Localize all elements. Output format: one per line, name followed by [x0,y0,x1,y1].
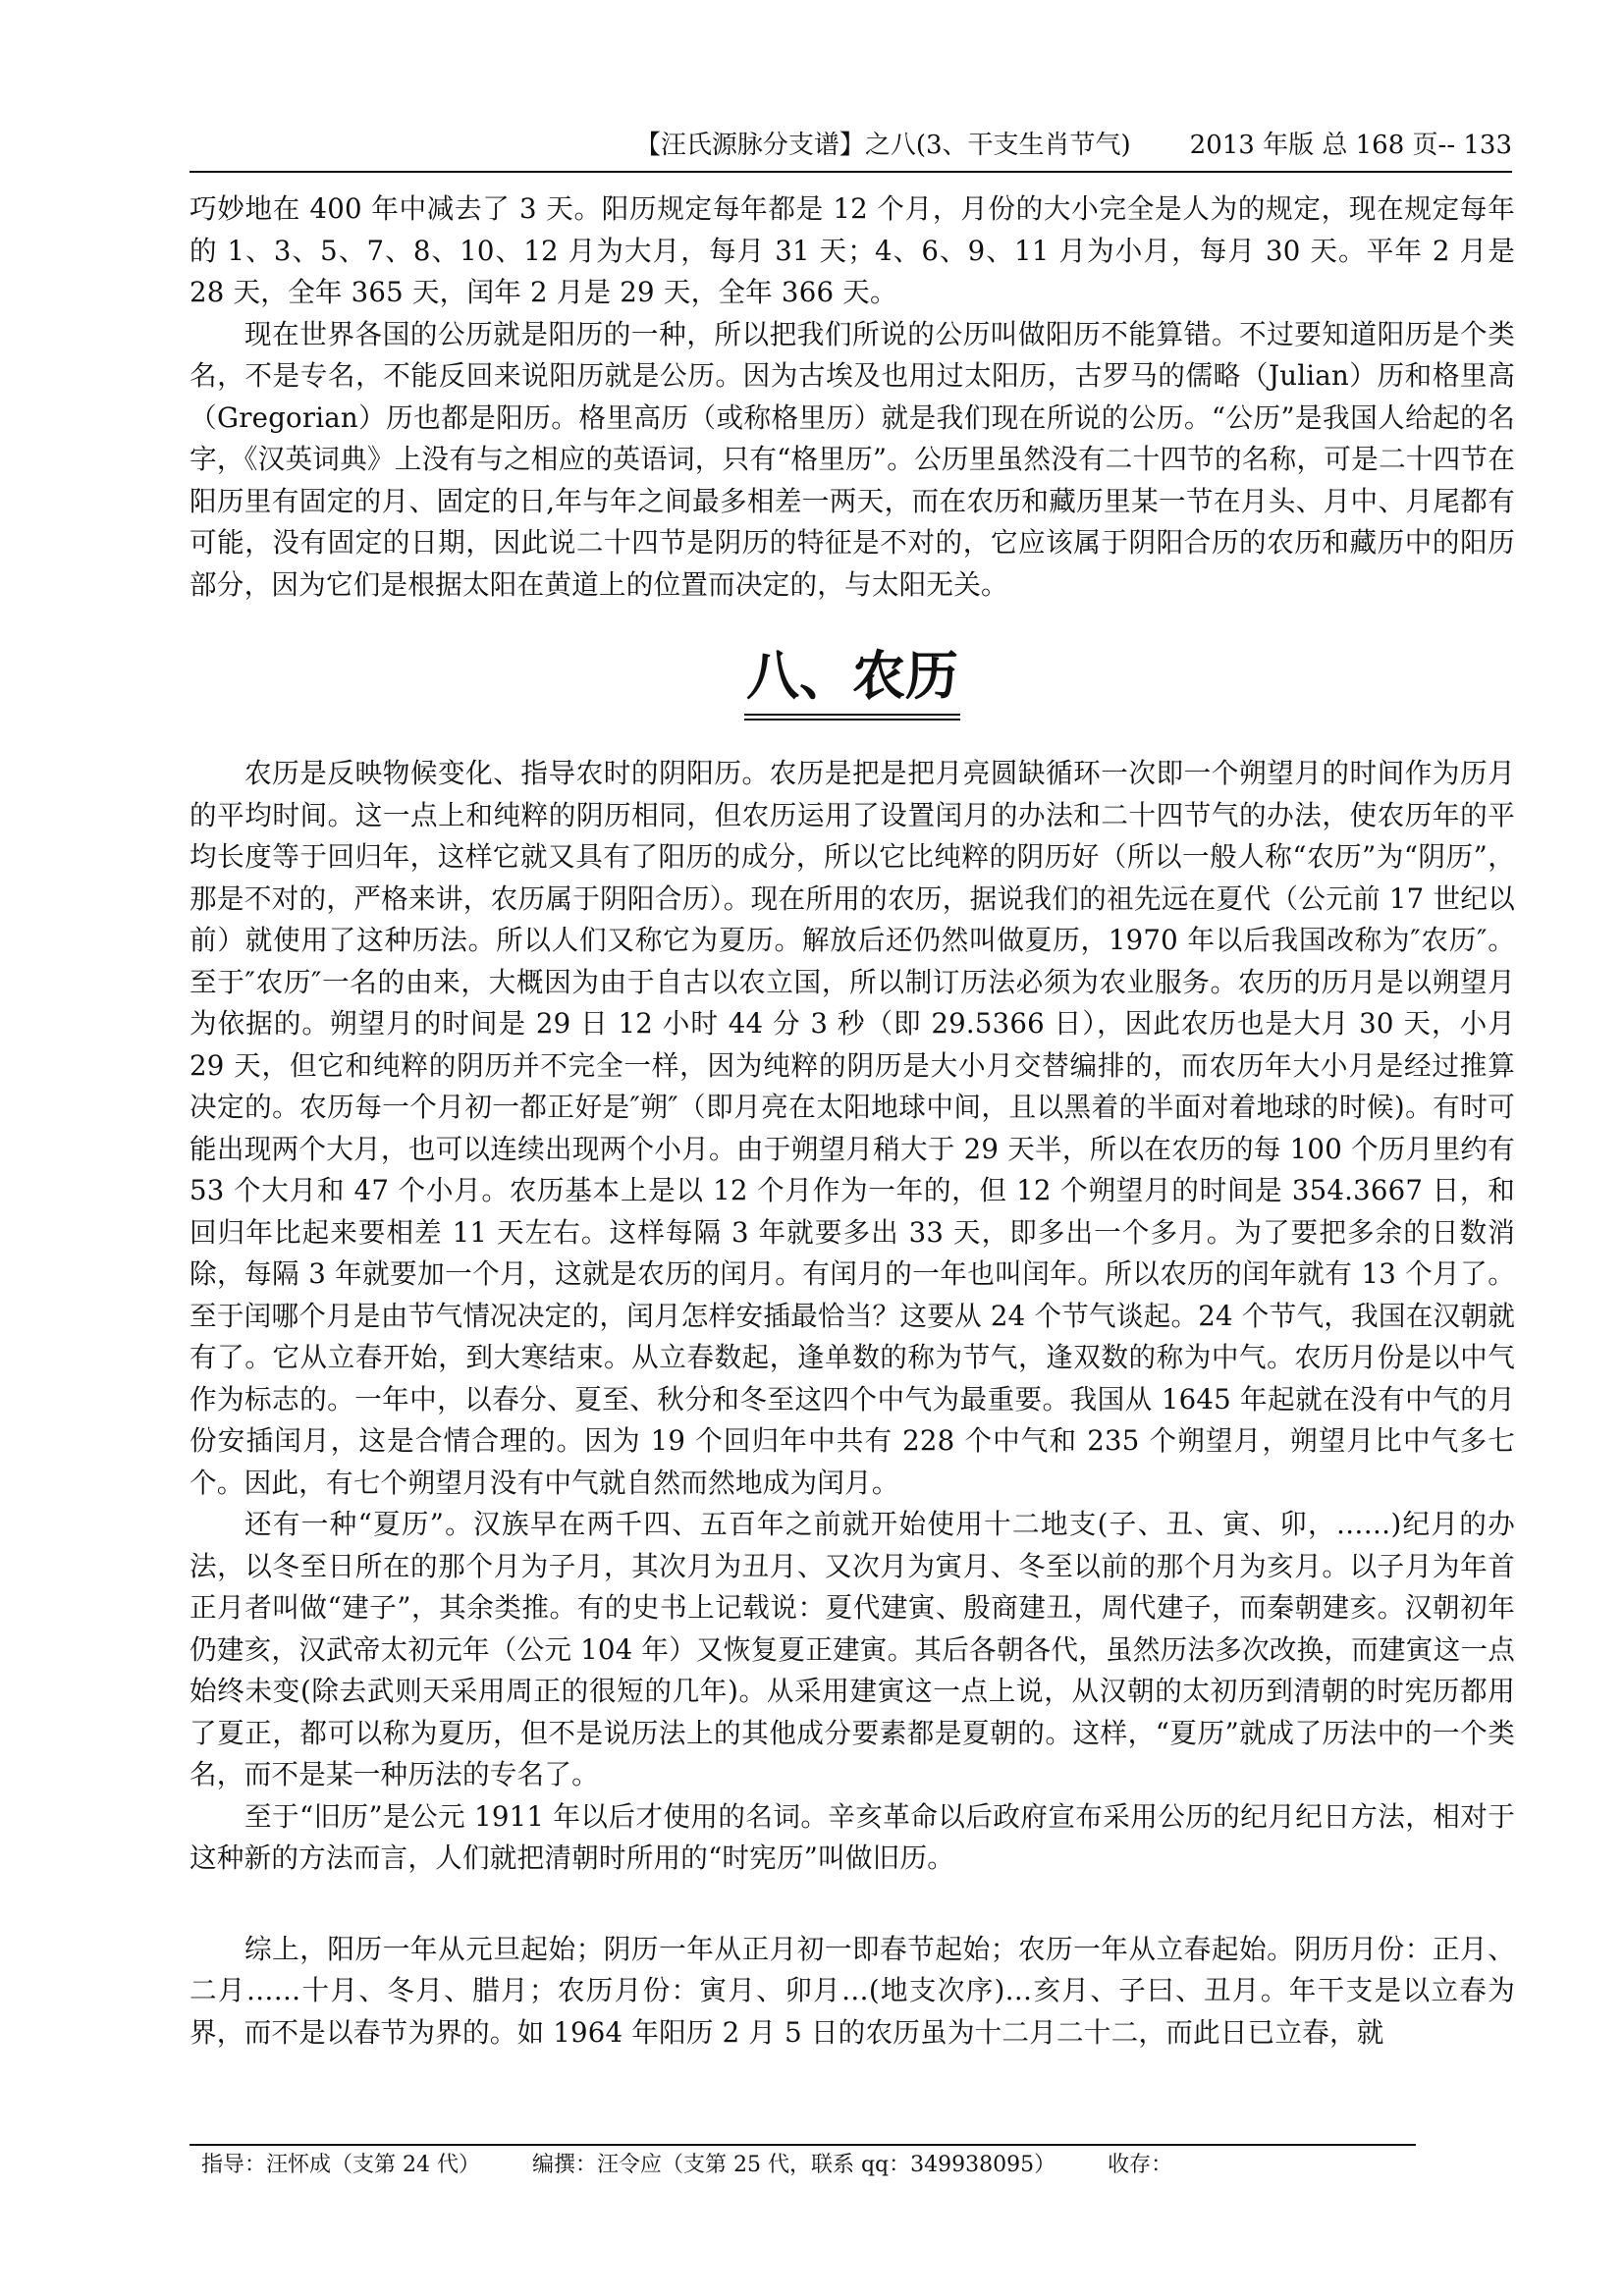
page-number: 总 168 页-- 133 [1322,131,1512,160]
footer-editor: 编撰：汪令应（支第 25 代，联系 qq：349938095） [532,2148,1056,2183]
section-heading: 八、农历 [744,645,960,721]
document-body: 巧妙地在 400 年中减去了 3 天。阳历规定每年都是 12 个月，月份的大小完… [189,188,1515,2054]
spacer [189,1880,1515,1929]
page-footer: 指导：汪怀成（支第 24 代） 编撰：汪令应（支第 25 代，联系 qq：349… [189,2144,1416,2183]
footer-advisor: 指导：汪怀成（支第 24 代） [201,2148,480,2183]
page-header: 【汪氏源脉分支谱】之八(3、干支生肖节气)2013 年版 总 168 页-- 1… [189,126,1512,173]
document-title: 【汪氏源脉分支谱】之八(3、干支生肖节气) [635,131,1131,160]
section-heading-container: 八、农历 [189,645,1515,753]
footer-collection: 收存： [1108,2148,1172,2183]
paragraph: 巧妙地在 400 年中减去了 3 天。阳历规定每年都是 12 个月，月份的大小完… [189,188,1515,314]
paragraph: 农历是反映物候变化、指导农时的阴阳历。农历是把是把月亮圆缺循环一次即一个朔望月的… [189,753,1515,1504]
paragraph: 至于“旧历”是公元 1911 年以后才使用的名词。辛亥革命以后政府宣布采用公历的… [189,1796,1515,1880]
edition-label: 2013 年版 [1190,131,1314,160]
paragraph: 还有一种“夏历”。汉族早在两千四、五百年之前就开始使用十二地支(子、丑、寅、卯，… [189,1504,1515,1796]
paragraph: 综上，阳历一年从元旦起始；阴历一年从正月初一即春节起始；农历一年从立春起始。阴历… [189,1929,1515,2055]
paragraph: 现在世界各国的公历就是阳历的一种，所以把我们所说的公历叫做阳历不能算错。不过要知… [189,314,1515,607]
